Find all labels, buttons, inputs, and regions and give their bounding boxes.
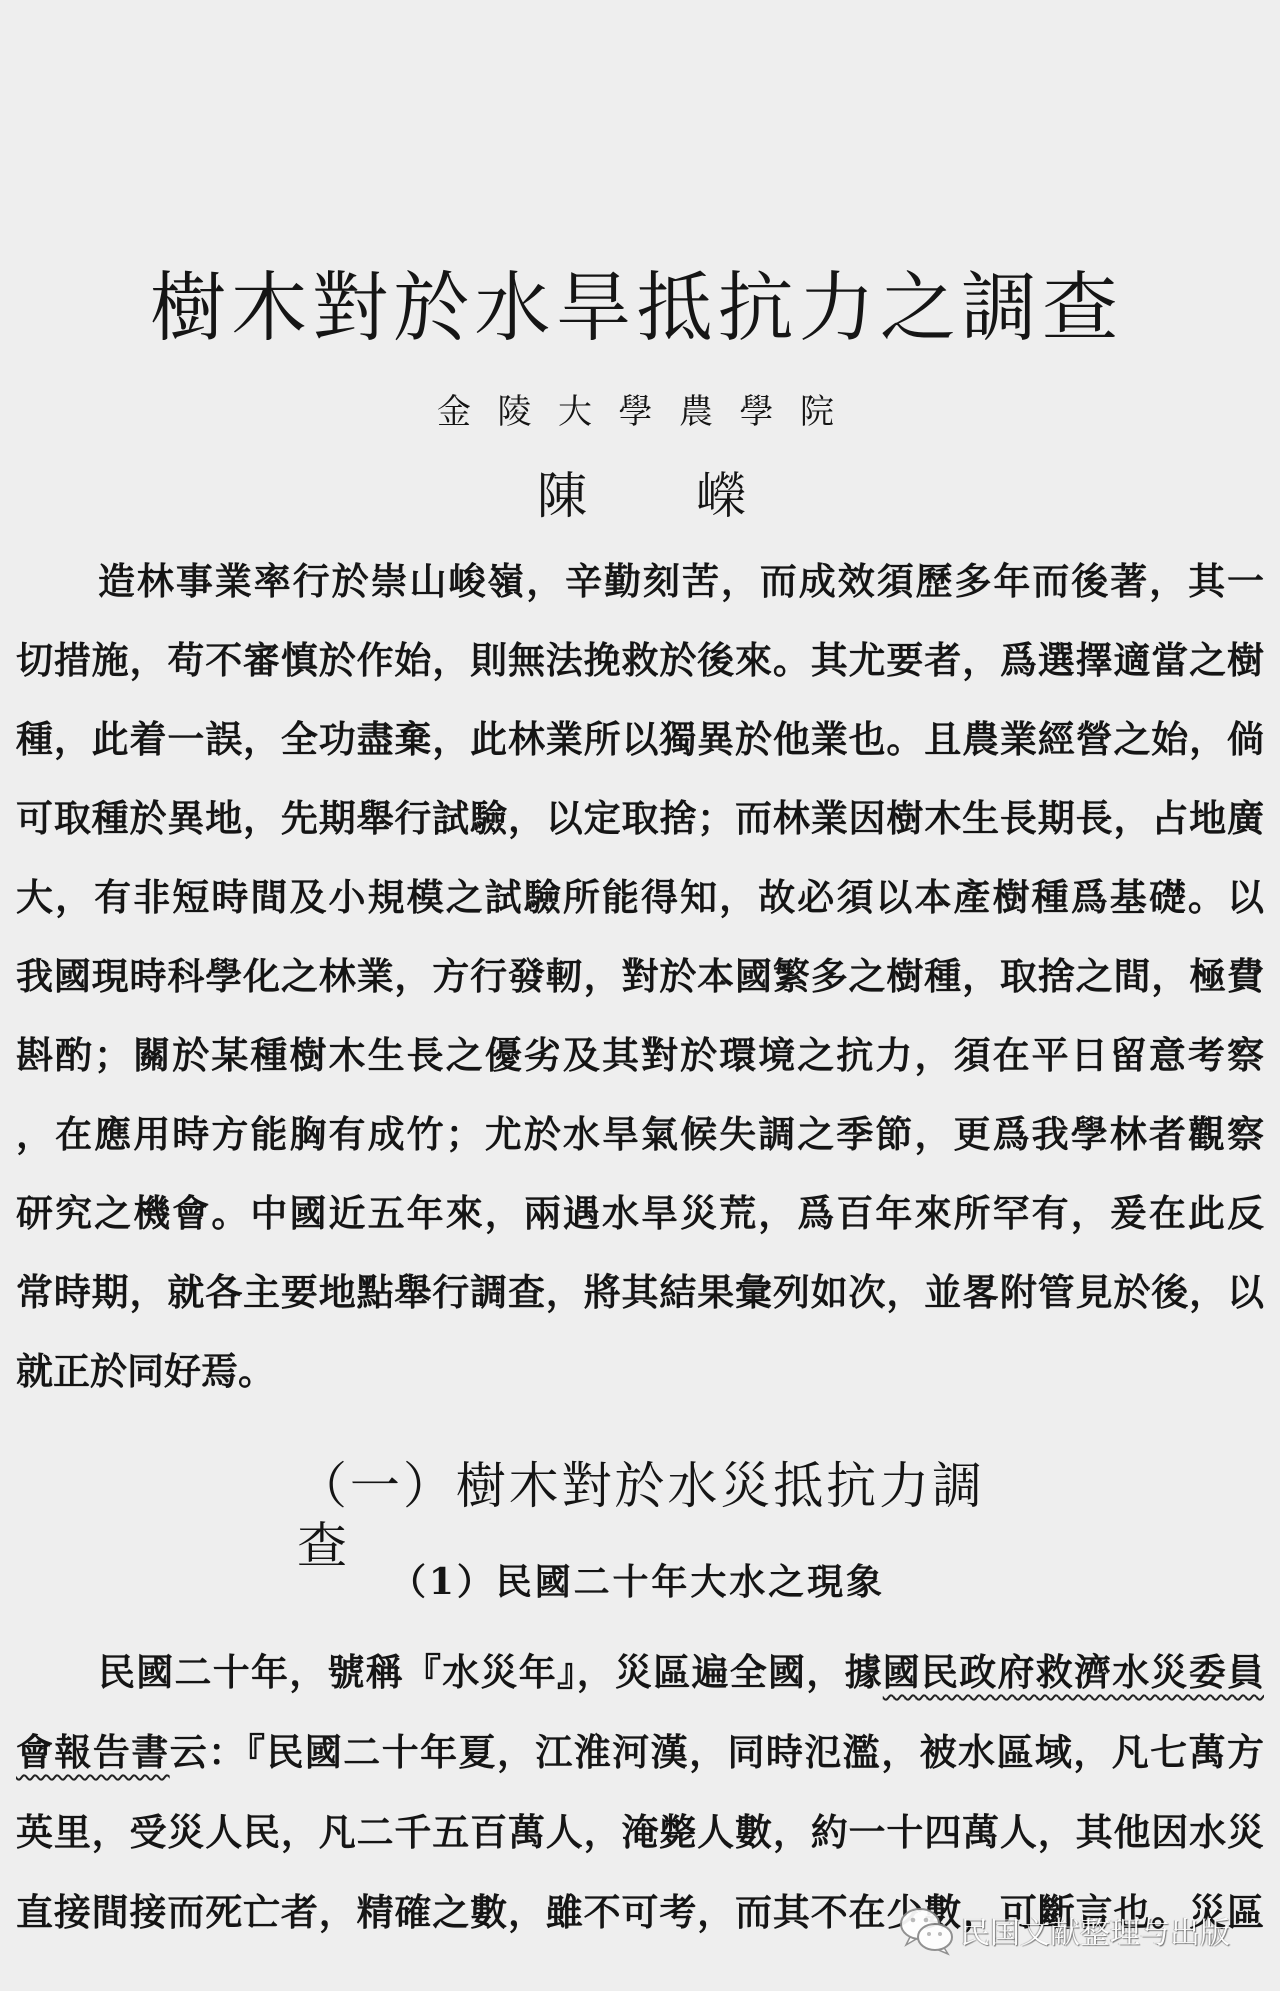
intro-paragraph: 造林事業率行於崇山峻嶺，辛勤刻苦，而成效須歷多年而後著，其一 切措施，苟不審慎於… (16, 542, 1264, 1411)
author-name: 陳嶸 (537, 466, 746, 526)
text-segment: 英里，受災人民，凡二千五百萬人，淹斃人數，約一十四萬人，其他因水災 (16, 1810, 1264, 1854)
text-line: 常時期，就各主要地點舉行調查，將其結果彙列如次，並畧附管見於後，以 (16, 1253, 1264, 1332)
section-paragraph: 民國二十年，號稱『水災年』，災區遍全國，據國民政府救濟水災委員 會報告書云：『民… (16, 1632, 1264, 1952)
text-line: ，在應用時方能胸有成竹；尤於水旱氣候失調之季節，更爲我學林者觀察 (16, 1095, 1264, 1174)
text-line: 切措施，苟不審慎於作始，則無法挽救於後來。其尤要者，爲選擇適當之樹 (16, 621, 1264, 700)
text-line: 英里，受災人民，凡二千五百萬人，淹斃人數，約一十四萬人，其他因水災 (16, 1792, 1264, 1872)
author-affiliation: 金陵大學農學院 (437, 390, 834, 434)
text-line: 研究之機會。中國近五年來，兩遇水旱災荒，爲百年來所罕有，爰在此反 (16, 1174, 1264, 1253)
scanned-page: { "colors": { "paper": "#eeeeee", "ink":… (0, 0, 1280, 1991)
text-line: 會報告書云：『民國二十年夏，江淮河漢，同時氾濫，被水區域，凡七萬方 (16, 1712, 1264, 1792)
section-heading: （一）樹木對於水災抵抗力調查 (297, 1456, 982, 1516)
text-line: 大，有非短時間及小規模之試驗所能得知，故必須以本產樹種爲基礎。以 (16, 858, 1264, 937)
text-line: 民國二十年，號稱『水災年』，災區遍全國，據國民政府救濟水災委員 (16, 1632, 1264, 1712)
subsection-heading: （1）民國二十年大水之現象 (390, 1560, 882, 1604)
text-line: 我國現時科學化之林業，方行發軔，對於本國繁多之樹種，取捨之間，極費 (16, 937, 1264, 1016)
watermark-text: 民国文献整理与出版 (960, 1914, 1230, 1954)
wavy-underlined-text: 會報告書 (16, 1730, 170, 1774)
text-segment: 云：『民國二十年夏，江淮河漢，同時氾濫，被水區域，凡七萬方 (170, 1730, 1264, 1774)
wechat-icon (898, 1906, 956, 1956)
text-line: 就正於同好焉。 (16, 1332, 1264, 1411)
text-line: 種，此着一誤，全功盡棄，此林業所以獨異於他業也。且農業經營之始，倘 (16, 700, 1264, 779)
text-line: 斟酌；關於某種樹木生長之優劣及其對於環境之抗力，須在平日留意考察 (16, 1016, 1264, 1095)
wavy-underlined-text: 國民政府救濟水災委員 (883, 1650, 1264, 1694)
article-title: 樹木對於水旱抵抗力之調查 (150, 263, 1118, 353)
text-line: 可取種於異地，先期舉行試驗，以定取捨；而林業因樹木生長期長，占地廣 (16, 779, 1264, 858)
text-segment: 民國二十年，號稱『水災年』，災區遍全國，據 (98, 1650, 883, 1694)
text-line: 造林事業率行於崇山峻嶺，辛勤刻苦，而成效須歷多年而後著，其一 (16, 542, 1264, 621)
